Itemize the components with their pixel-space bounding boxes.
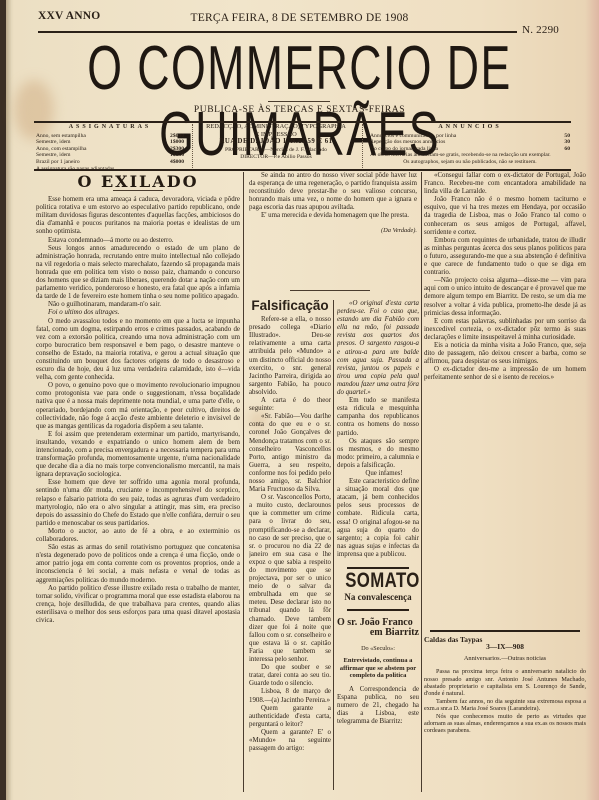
section-rule bbox=[290, 290, 370, 291]
binding-edge bbox=[6, 0, 12, 800]
paragraph: Estava condemnado—á morte ou ao desterro… bbox=[36, 237, 240, 245]
paragraph: Que infames! bbox=[337, 470, 419, 478]
section-rule bbox=[430, 630, 580, 632]
article-title: O EXILADO bbox=[36, 178, 240, 186]
column-rule bbox=[243, 172, 244, 792]
article-title-line2: em Biarritz bbox=[337, 629, 419, 637]
paragraph: —Não projecto coisa alguma—disse-me — vi… bbox=[424, 277, 586, 317]
ad-rate-label: Repetição dos mesmos annuncios bbox=[370, 139, 445, 146]
paragraph: Seus longos annos amadurecendo o estado … bbox=[36, 245, 240, 302]
paragraph: O sr. Vasconcellos Porto, a muito custo,… bbox=[249, 494, 331, 664]
article-exilado-continued: Se ainda no antro do nosso viver social … bbox=[249, 172, 417, 292]
subscription-price: 1$000 bbox=[170, 139, 184, 146]
info-band-bottom-rule bbox=[34, 169, 571, 171]
paragraph: O ex-dictador deu-me a impressão de um h… bbox=[424, 366, 586, 382]
subscription-row: Anno, sem estampilha2$000 bbox=[36, 133, 184, 140]
subscription-label: Semestre, idem bbox=[36, 152, 71, 159]
paragraph: Do que souber e se tratar, darei conta a… bbox=[249, 664, 331, 688]
article-subtitle: Entrevistado, continua a affirmar que se… bbox=[337, 657, 419, 679]
column-rule bbox=[421, 172, 422, 792]
header-top: XXV ANNO TERÇA FEIRA, 8 DE SETEMBRO DE 1… bbox=[38, 10, 561, 30]
article-falsificacao: Falsificação Refere-se a ella, o nosso p… bbox=[249, 300, 331, 790]
article-falsificacao-continued: «O original d'esta carta perdeu-se. Foi … bbox=[337, 300, 419, 790]
subscriptions-title: ASSIGNATURAS bbox=[36, 124, 184, 131]
article-title-line1: O sr. João Franco bbox=[337, 619, 419, 627]
article-exilado: O EXILADO Esse homem era uma ameaça á ca… bbox=[36, 172, 240, 792]
advert-brand: SOMATOSE bbox=[345, 577, 411, 585]
article-franco-continued: «Consegui fallar com o ex-dictator de Po… bbox=[424, 172, 586, 627]
editorial-address: RUA DE D. JOÃO I, N.os 59 E 61 bbox=[200, 139, 352, 146]
paragraph: Esse homem que deve ter soffrido uma ago… bbox=[36, 479, 240, 528]
subscription-price: 1$150 bbox=[170, 152, 184, 159]
paragraph: Refere-se a ella, o nosso presado colleg… bbox=[249, 316, 331, 397]
page-edge bbox=[585, 0, 599, 800]
paragraph: Eis a noticia da minha visita a João Fra… bbox=[424, 342, 586, 366]
paragraph: A carta é do theor seguinte: bbox=[249, 397, 331, 413]
paragraph: São estas as armas do senil rotativismo … bbox=[36, 544, 240, 584]
paragraph: E' uma merecida e devida homenagem que l… bbox=[249, 212, 417, 220]
ads-title: ANNUNCIOS bbox=[370, 124, 570, 131]
paragraph: «Sr. Fabião—Vou darlhe conta do que eu e… bbox=[249, 413, 331, 494]
ad-rate-row: Annuncios e communicados, por linha50 bbox=[370, 133, 570, 140]
subscription-label: Anno, com estampilha bbox=[36, 146, 87, 153]
subscription-row: Semestre, idem1$150 bbox=[36, 152, 184, 159]
paragraph: «O original d'esta carta perdeu-se. Foi … bbox=[337, 300, 419, 397]
editorial-owner: PROPRIETARIA—Norcias de J. F. Machado bbox=[200, 147, 352, 154]
advert-rule bbox=[347, 609, 409, 611]
paragraph: Passa na proxima terça feira o anniversa… bbox=[424, 668, 586, 698]
subscription-price: 4$000 bbox=[170, 159, 184, 166]
subscription-row: Semestre, idem1$000 bbox=[36, 139, 184, 146]
ads-note2: Os autographos, sejam ou não publicados,… bbox=[370, 159, 570, 166]
paragraph: Nós que conhecemos muito de perto as vir… bbox=[424, 713, 586, 735]
paragraph: Ao partido politico d'esse illustre exil… bbox=[36, 585, 240, 625]
ads-note1: As obras litterarias annunciam-se gratis… bbox=[370, 152, 570, 159]
subscriptions-box: ASSIGNATURAS Anno, sem estampilha2$000Se… bbox=[36, 124, 184, 168]
article-title: Falsificação bbox=[249, 302, 331, 310]
ad-rate-price: 30 bbox=[564, 139, 570, 146]
issue-date: TERÇA FEIRA, 8 DE SETEMBRO DE 1908 bbox=[38, 12, 561, 24]
issue-number: N. 2290 bbox=[522, 24, 559, 36]
paragraph: Quem garante a authenticidade d'esta car… bbox=[249, 705, 331, 729]
paragraph: Esse homem era uma ameaça á caduca, devo… bbox=[36, 196, 240, 236]
paragraph: Em tudo se manifesta esta ridicula e mes… bbox=[337, 397, 419, 437]
header-rule bbox=[38, 31, 517, 33]
paragraph: Quem a garante? E' o «Mundo» na seguinte… bbox=[249, 729, 331, 753]
band-divider bbox=[192, 124, 193, 168]
ad-rate-label: Annuncios e communicados, por linha bbox=[370, 133, 456, 140]
column-rule bbox=[333, 300, 334, 790]
subscription-row: Anno, com estampilha2$300 bbox=[36, 146, 184, 153]
subscription-row: Brazil por 1 janeiro4$000 bbox=[36, 159, 184, 166]
article-source: (Da Verdade). bbox=[249, 227, 417, 235]
paragraph: Se ainda no antro do nosso viver social … bbox=[249, 172, 417, 212]
article-caldas: Caldas das Taypas 3—IX—908 Anniversarios… bbox=[424, 636, 586, 796]
subscription-label: Brazil por 1 janeiro bbox=[36, 159, 80, 166]
article-date: 3—IX—908 bbox=[424, 643, 586, 650]
paragraph: Os ataques são sempre os mesmos, e do me… bbox=[337, 438, 419, 470]
paragraph: O medo avassalou todos e no momento em q… bbox=[36, 318, 240, 383]
paragraph: Embora com requintes de urbanidade, trat… bbox=[424, 237, 586, 277]
editorial-box: REDACÇÃO, ADMINISTRAÇÃO, TYPOGRAPHIA E I… bbox=[200, 124, 352, 168]
ad-rate-label: No corpo do jornal, cada linha bbox=[370, 146, 438, 153]
ad-rate-price: 50 bbox=[564, 133, 570, 140]
paragraph: O povo, o genuino povo que o movimento r… bbox=[36, 382, 240, 431]
subscription-label: Anno, sem estampilha bbox=[36, 133, 86, 140]
paragraph: Tambem faz annos, no dia seguinte sua ex… bbox=[424, 698, 586, 713]
paragraph: A Correspondencia de Espana publica, no … bbox=[337, 686, 419, 726]
paragraph: E com estas palavras, sublinhadas por um… bbox=[424, 318, 586, 342]
publication-schedule: PUBLICA-SE ÀS TERÇAS E SEXTAS-FEIRAS bbox=[0, 105, 599, 115]
subscription-label: Semestre, idem bbox=[36, 139, 71, 146]
ad-rate-price: 60 bbox=[564, 146, 570, 153]
paragraph: E foi assim que pretenderam exterminar u… bbox=[36, 431, 240, 480]
ads-box: ANNUNCIOS Annuncios e communicados, por … bbox=[370, 124, 570, 168]
band-divider bbox=[362, 124, 363, 168]
ad-rate-row: No corpo do jornal, cada linha60 bbox=[370, 146, 570, 153]
paragraph: Morto o auctor, ao auto de fé a obra, e … bbox=[36, 528, 240, 544]
advert-tagline: Na convalescença bbox=[337, 593, 419, 601]
paragraph: Este caracteristico define a situação mo… bbox=[337, 478, 419, 559]
paragraph: Não o guilhotinaram, mandaram-n'o sair. bbox=[36, 301, 240, 309]
article-subtitle: Anniversarios.—Outras noticias bbox=[424, 655, 586, 662]
newspaper-page: XXV ANNO TERÇA FEIRA, 8 DE SETEMBRO DE 1… bbox=[0, 0, 599, 800]
masthead-rule bbox=[268, 101, 330, 102]
paragraph: «Consegui fallar com o ex-dictator de Po… bbox=[424, 172, 586, 196]
article-source: Do «Seculo»: bbox=[337, 645, 419, 653]
paragraph: João Franco não é o mesmo homem taciturn… bbox=[424, 196, 586, 236]
editorial-line1: REDACÇÃO, ADMINISTRAÇÃO, TYPOGRAPHIA bbox=[200, 124, 352, 131]
paragraph: Lisboa, 8 de março de 1908.—(a) Jacintho… bbox=[249, 688, 331, 704]
editorial-director: DIRECTOR—P.e Abilio Passos bbox=[200, 154, 352, 161]
ad-rate-row: Repetição dos mesmos annuncios30 bbox=[370, 139, 570, 146]
paragraph: Foi o ultimo dos ultrages. bbox=[36, 309, 240, 317]
